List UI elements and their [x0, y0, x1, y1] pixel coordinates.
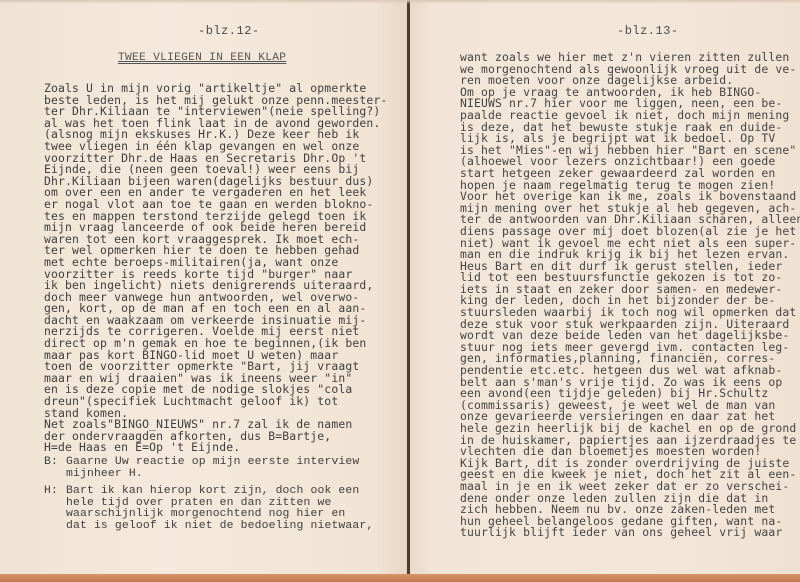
- table-surface: [0, 574, 800, 582]
- qa-speaker: H:: [44, 486, 66, 532]
- top-edge-shadow: [0, 0, 800, 4]
- qa-text: Bart ik kan hierop kort zijn, doch ook e…: [66, 486, 373, 532]
- qa-entry: B:Gaarne Uw reactie op mijn eerste inter…: [44, 457, 373, 480]
- qa-speaker: B:: [44, 457, 66, 480]
- page-number-right: -blz.13-: [617, 24, 679, 38]
- qa-entry: H:Bart ik kan hierop kort zijn, doch ook…: [44, 486, 373, 532]
- interview-qa: B:Gaarne Uw reactie op mijn eerste inter…: [44, 457, 373, 539]
- right-page-body: want zoals we hier met z'n vieren zitten…: [460, 52, 800, 539]
- qa-text: Gaarne Uw reactie op mijn eerste intervi…: [66, 457, 359, 480]
- booklet-spread: -blz.12- TWEE VLIEGEN IN EEN KLAP Zoals …: [0, 0, 800, 574]
- article-title: TWEE VLIEGEN IN EEN KLAP: [118, 52, 286, 64]
- left-page: -blz.12- TWEE VLIEGEN IN EEN KLAP Zoals …: [0, 0, 408, 574]
- left-page-body: Zoals U in mijn vorig "artikeltje" al op…: [44, 83, 387, 454]
- page-number-left: -blz.12-: [198, 24, 260, 38]
- right-page: -blz.13- want zoals we hier met z'n vier…: [410, 0, 800, 574]
